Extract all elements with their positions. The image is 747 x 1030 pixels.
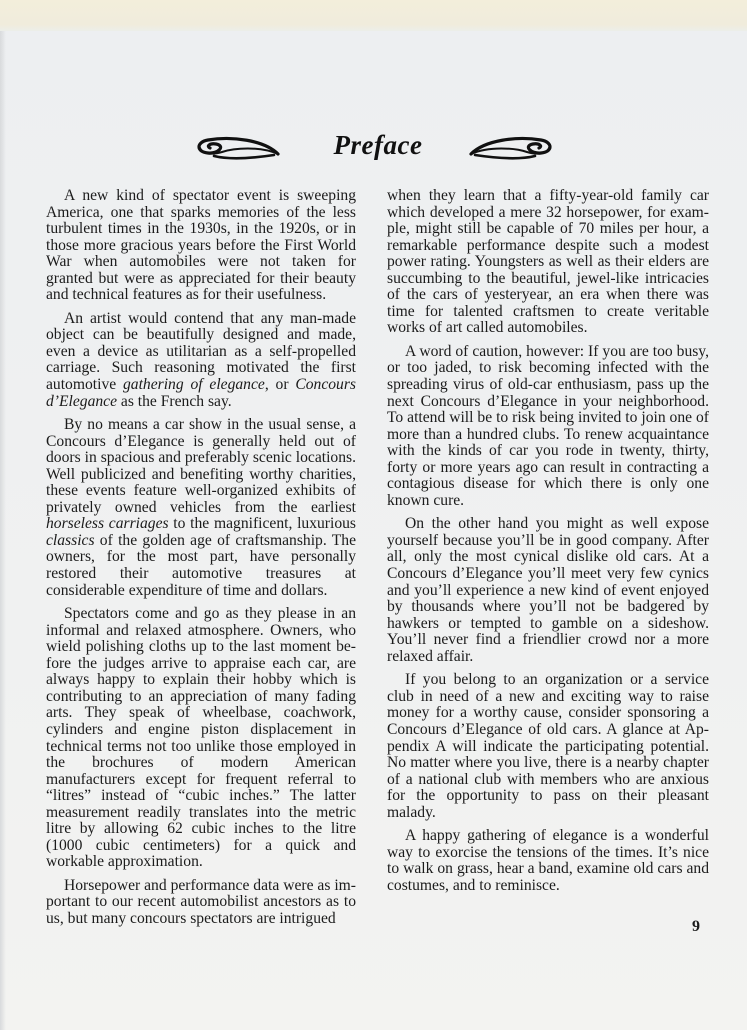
page-number: 9 bbox=[692, 918, 700, 936]
paragraph-text: as the French say. bbox=[117, 393, 232, 410]
page-title: Preface bbox=[318, 130, 438, 161]
paragraph: Spectators come and go as they please in… bbox=[46, 606, 356, 871]
page-edge-shadow bbox=[0, 31, 6, 1030]
emphasis-text: gathering of elegance bbox=[123, 376, 265, 393]
scan-top-band bbox=[0, 0, 747, 31]
emphasis-text: horseless carriages bbox=[46, 515, 169, 532]
scroll-flourish-icon bbox=[194, 132, 284, 162]
paragraph-text: to the magnificent, luxurious bbox=[169, 515, 356, 532]
paragraph: A new kind of spectator event is sweepin… bbox=[46, 188, 356, 304]
paragraph: A word of caution, however: If you are t… bbox=[387, 344, 709, 509]
text-column-right: when they learn that a fifty-year-old fa… bbox=[387, 188, 709, 901]
paragraph-continued: when they learn that a fifty-year-old fa… bbox=[387, 188, 709, 337]
paragraph: By no means a car show in the usual sens… bbox=[46, 417, 356, 599]
paragraph-text: By no means a car show in the usual sens… bbox=[46, 416, 356, 516]
paragraph: An artist would contend that any man-mad… bbox=[46, 311, 356, 410]
scroll-flourish-icon bbox=[465, 132, 555, 162]
emphasis-text: classics bbox=[46, 532, 95, 549]
paragraph: On the other hand you might as well expo… bbox=[387, 516, 709, 665]
paragraph: If you belong to an organization or a se… bbox=[387, 672, 709, 821]
paragraph-text: , or bbox=[265, 376, 296, 393]
paragraph: A happy gathering of elegance is a wonde… bbox=[387, 828, 709, 894]
chapter-header: Preface bbox=[180, 120, 580, 180]
text-column-left: A new kind of spectator event is sweepin… bbox=[46, 188, 356, 935]
paragraph: Horsepower and performance data were as … bbox=[46, 878, 356, 928]
